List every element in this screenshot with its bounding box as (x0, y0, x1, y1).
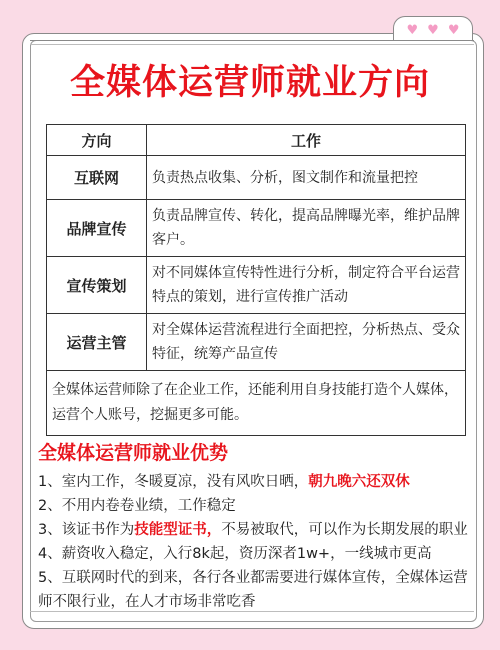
column-header-work: 工作 (147, 125, 466, 156)
advantages-heading: 全媒体运营师就业优势 (38, 440, 228, 466)
work-cell: 对不同媒体宣传特性进行分析，制定符合平台运营特点的策划，进行宣传推广活动 (147, 257, 466, 314)
bottom-divider (30, 611, 474, 616)
work-cell: 负责品牌宣传、转化，提高品牌曝光率，维护品牌客户。 (147, 200, 466, 257)
advantage-item: 4、薪资收入稳定，入行8k起，资历深者1w+，一线城市更高 (38, 542, 468, 566)
top-divider (30, 40, 474, 45)
advantage-text: 2、不用内卷卷业绩，工作稳定 (38, 498, 236, 514)
advantage-item: 2、不用内卷卷业绩，工作稳定 (38, 494, 468, 518)
page-title: 全媒体运营师就业方向 (0, 63, 500, 103)
advantage-text: 1、室内工作，冬暖夏凉，没有风吹日晒， (38, 474, 308, 490)
advantage-text: 不易被取代，可以作为长期发展的职业 (221, 522, 468, 538)
table-row: 宣传策划 对不同媒体宣传特性进行分析，制定符合平台运营特点的策划，进行宣传推广活… (47, 257, 466, 314)
advantage-text: 4、薪资收入稳定，入行8k起，资历深者1w+，一线城市更高 (38, 546, 432, 562)
table-row: 运营主管 对全媒体运营流程进行全面把控，分析热点、受众特征，统筹产品宣传 (47, 314, 466, 371)
advantage-highlight: 朝九晚六还双休 (308, 474, 410, 490)
column-header-direction: 方向 (47, 125, 147, 156)
heart-icon: ♥ (407, 24, 419, 37)
table-note: 全媒体运营师除了在企业工作，还能利用自身技能打造个人媒体，运营个人账号，挖掘更多… (47, 371, 466, 436)
heart-icon: ♥ (427, 24, 439, 37)
table-row: 品牌宣传 负责品牌宣传、转化，提高品牌曝光率，维护品牌客户。 (47, 200, 466, 257)
direction-cell: 运营主管 (47, 314, 147, 371)
advantage-text: 3、该证书作为 (38, 522, 134, 538)
advantage-item: 5、互联网时代的到来，各行各业都需要进行媒体宣传，全媒体运营师不限行业，在人才市… (38, 566, 468, 614)
direction-cell: 宣传策划 (47, 257, 147, 314)
advantage-item: 1、室内工作，冬暖夏凉，没有风吹日晒，朝九晚六还双休 (38, 470, 468, 494)
work-cell: 负责热点收集、分析，图文制作和流量把控 (147, 156, 466, 200)
work-cell: 对全媒体运营流程进行全面把控，分析热点、受众特征，统筹产品宣传 (147, 314, 466, 371)
direction-cell: 互联网 (47, 156, 147, 200)
table-header-row: 方向 工作 (47, 125, 466, 156)
career-direction-table: 方向 工作 互联网 负责热点收集、分析，图文制作和流量把控 品牌宣传 负责品牌宣… (46, 124, 466, 436)
table-note-row: 全媒体运营师除了在企业工作，还能利用自身技能打造个人媒体，运营个人账号，挖掘更多… (47, 371, 466, 436)
advantage-item: 3、该证书作为技能型证书，不易被取代，可以作为长期发展的职业 (38, 518, 468, 542)
advantage-text: 5、互联网时代的到来，各行各业都需要进行媒体宣传，全媒体运营师不限行业，在人才市… (38, 570, 468, 610)
advantages-list: 1、室内工作，冬暖夏凉，没有风吹日晒，朝九晚六还双休 2、不用内卷卷业绩，工作稳… (38, 470, 468, 614)
advantage-highlight: 技能型证书， (134, 522, 221, 538)
table-row: 互联网 负责热点收集、分析，图文制作和流量把控 (47, 156, 466, 200)
heart-icon: ♥ (448, 24, 460, 37)
direction-cell: 品牌宣传 (47, 200, 147, 257)
